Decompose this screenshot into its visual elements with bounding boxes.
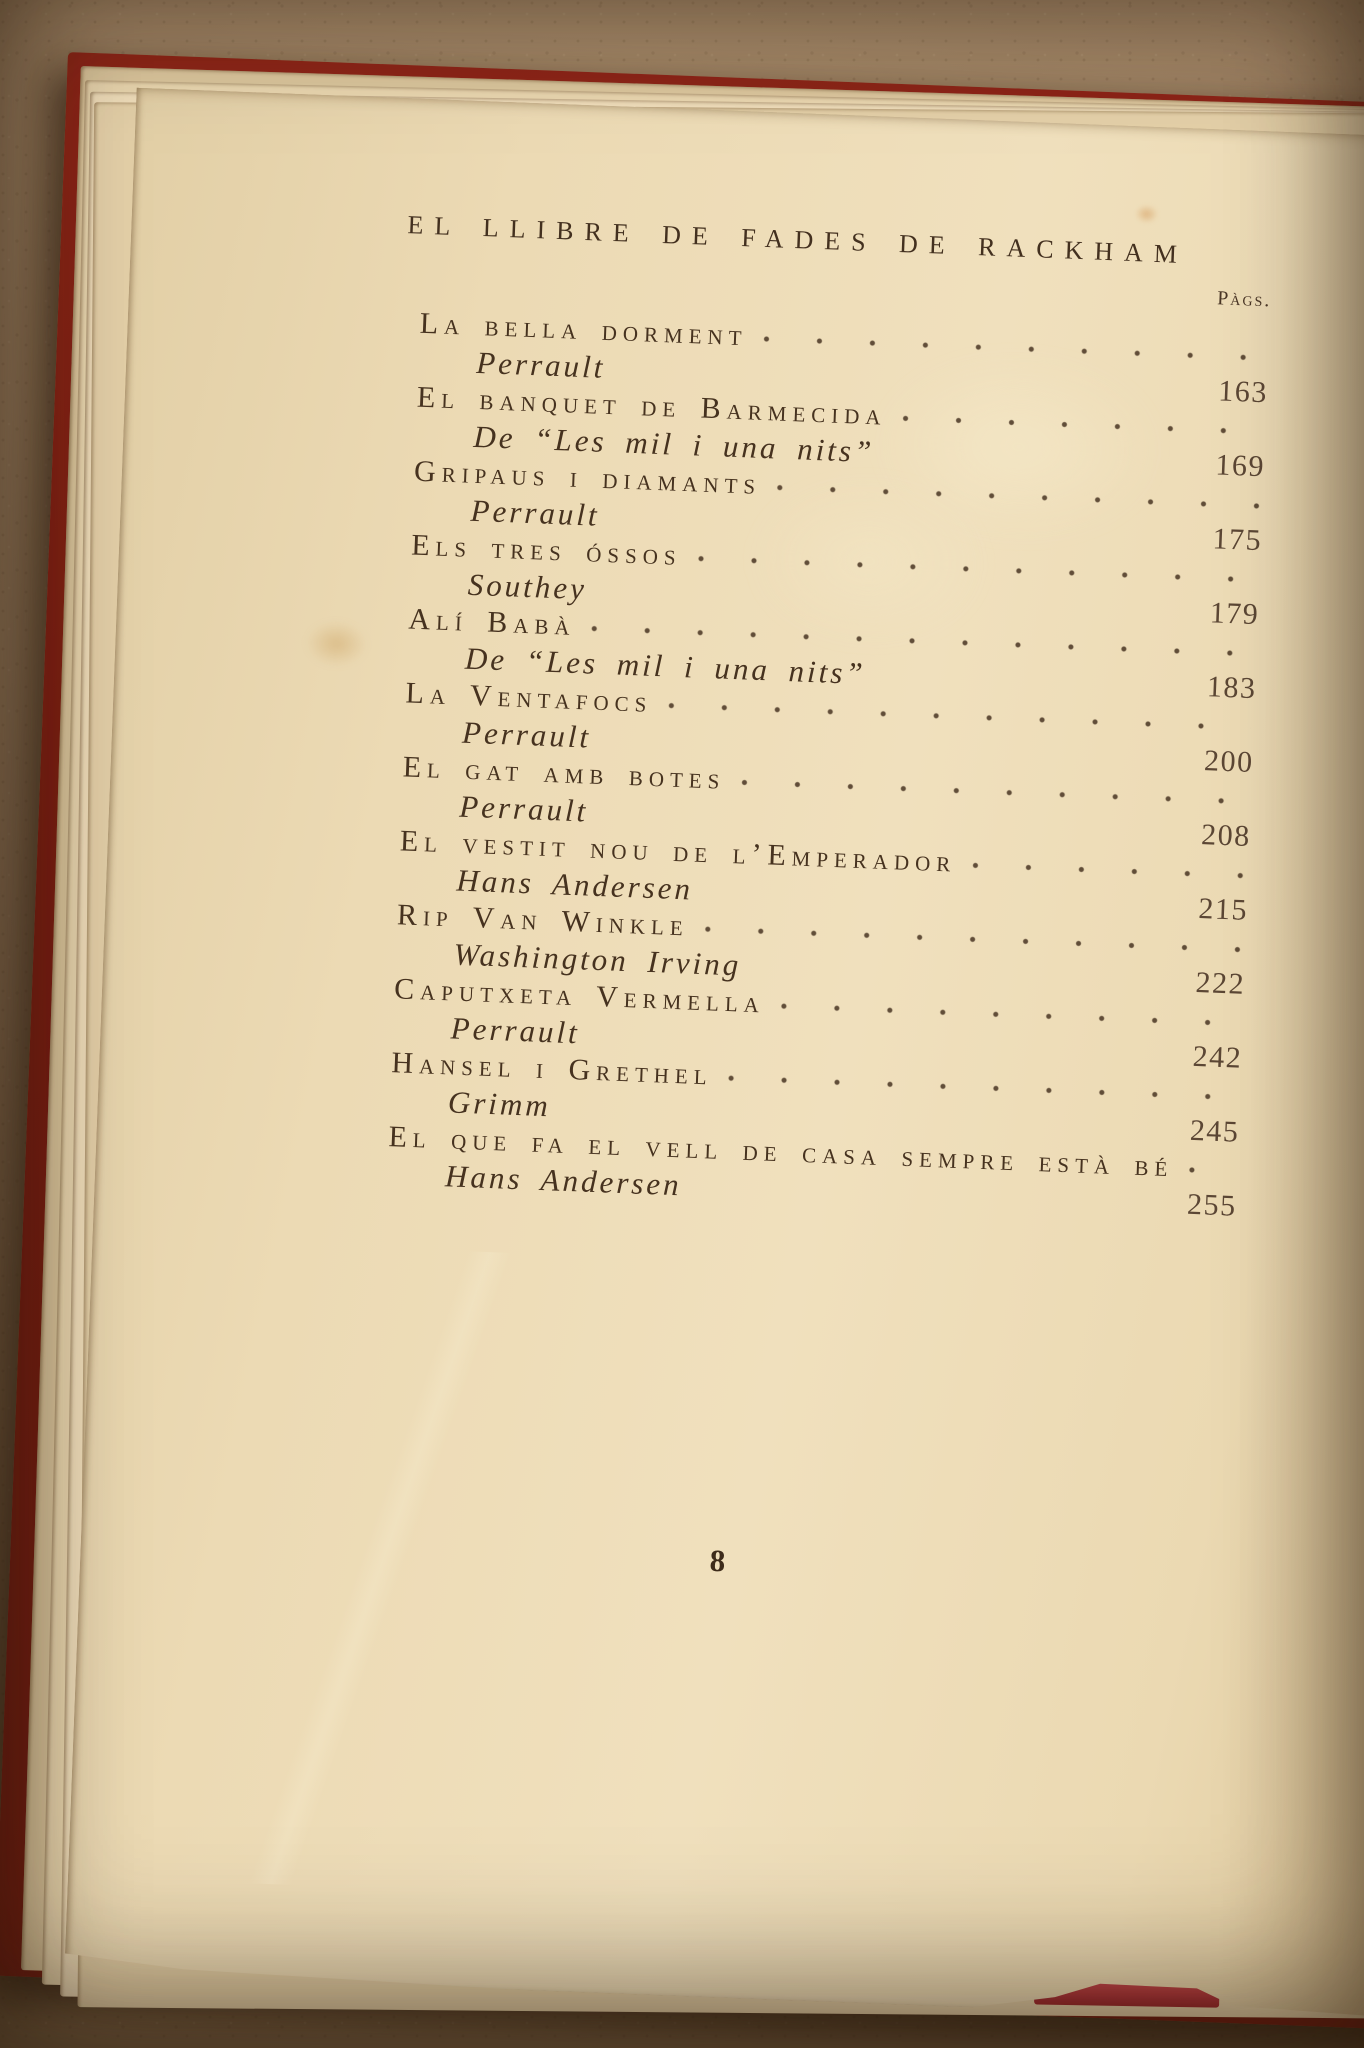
entry-page-number: 179 [1163,594,1260,632]
entry-page-number: 163 [1171,372,1268,410]
folio-page-number: 8 [657,1541,778,1582]
running-head-title: El llibre de fades de Rackham [407,210,1189,270]
pages-column-label: Pàgs. [1217,287,1272,312]
entry-page-number: 222 [1148,964,1245,1002]
open-book: El llibre de fades de Rackham Pàgs. La b… [0,52,1364,2035]
leader-dots [972,858,1246,882]
entry-page-number: 255 [1140,1186,1237,1224]
entry-page-number: 208 [1154,816,1251,854]
entry-page-number: 215 [1151,890,1248,928]
page-content: El llibre de fades de Rackham Pàgs. La b… [64,88,1364,2030]
toc-list: Pàgs. La bella dorment Perrault 163 El b… [386,305,1269,1225]
entry-title-text: Alí Babà [408,601,577,644]
leader-dots [902,411,1262,439]
entry-page-number: 183 [1160,668,1257,706]
entry-page-number: 200 [1157,742,1254,780]
entry-page-number: 242 [1146,1038,1243,1076]
leader-dots [1189,1163,1234,1179]
entry-page-number: 175 [1166,520,1263,558]
entry-page-number: 245 [1143,1112,1240,1150]
entry-page-number: 169 [1168,446,1265,484]
book-page: El llibre de fades de Rackham Pàgs. La b… [64,88,1364,2030]
